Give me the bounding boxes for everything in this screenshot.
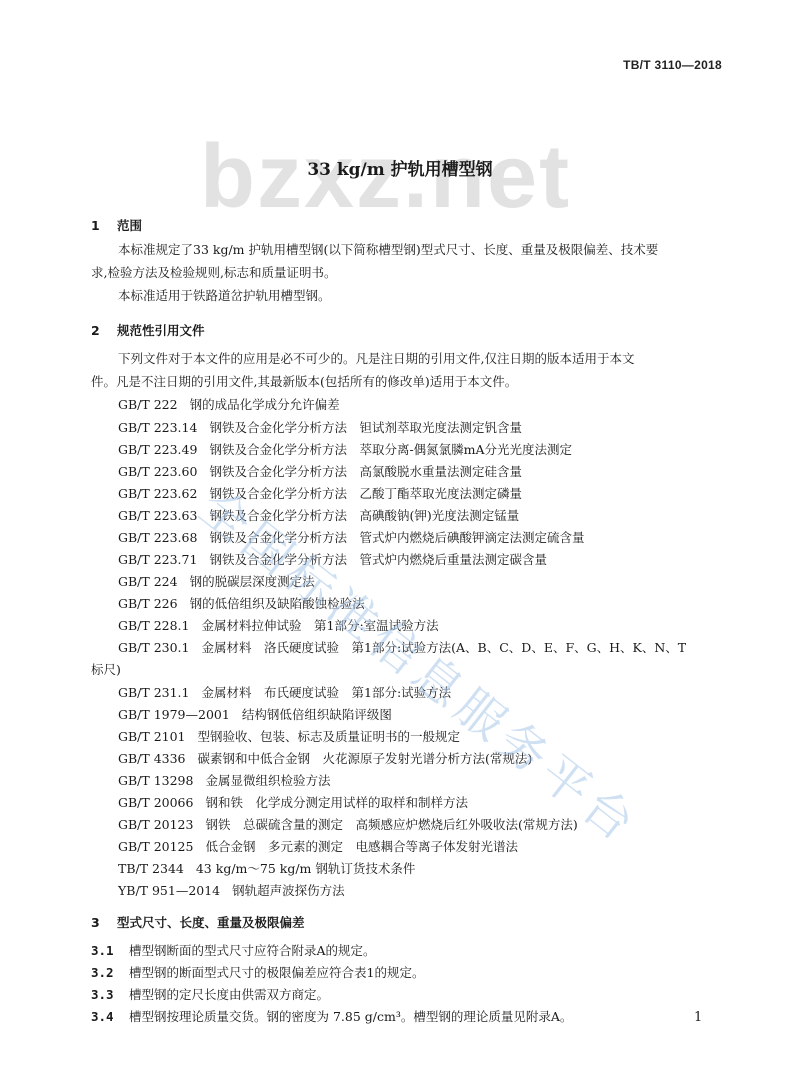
reference-code: GB/T 231.1 — [118, 685, 189, 700]
clause-text: 槽型钢的断面型式尺寸的极限偏差应符合表1的规定。 — [129, 965, 424, 980]
reference-title: 钢铁及合金化学分析方法 管式炉内燃烧后重量法测定碳含量 — [209, 552, 547, 567]
reference-item: GB/T 223.14钢铁及合金化学分析方法 钽试剂萃取光度法测定钒含量 — [118, 418, 522, 436]
clause-3-2: 3.2槽型钢的断面型式尺寸的极限偏差应符合表1的规定。 — [91, 963, 424, 981]
reference-code: GB/T 223.60 — [118, 464, 197, 479]
section-number: 3 — [91, 915, 117, 930]
reference-code: GB/T 228.1 — [118, 618, 189, 633]
reference-title: 钢铁及合金化学分析方法 管式炉内燃烧后碘酸钾滴定法测定硫含量 — [209, 530, 584, 545]
clause-text: 槽型钢按理论质量交货。钢的密度为 7.85 g/cm³。槽型钢的理论质量见附录A… — [129, 1009, 572, 1024]
reference-title: 钢的成品化学成分允许偏差 — [190, 397, 340, 412]
document-page: bzxz.net 全国标准信息服务平台 TB/T 3110—2018 33 kg… — [0, 0, 800, 1090]
clause-text: 槽型钢断面的型式尺寸应符合附录A的规定。 — [129, 943, 376, 958]
reference-title: 金属材料 洛氏硬度试验 第1部分:试验方法(A、B、C、D、E、F、G、H、K、… — [201, 640, 686, 655]
reference-title: 钢铁 总碳硫含量的测定 高频感应炉燃烧后红外吸收法(常规方法) — [205, 817, 577, 832]
section-number: 2 — [91, 323, 117, 338]
reference-code: GB/T 223.14 — [118, 420, 197, 435]
reference-item: GB/T 4336碳素钢和中低合金钢 火花源原子发射光谱分析方法(常规法) — [118, 749, 532, 767]
reference-title: 43 kg/m～75 kg/m 钢轨订货技术条件 — [196, 861, 416, 876]
reference-code: GB/T 230.1 — [118, 640, 189, 655]
reference-item: GB/T 2101型钢验收、包装、标志及质量证明书的一般规定 — [118, 727, 460, 745]
reference-title: 钢的低倍组织及缺陷酸蚀检验法 — [190, 596, 365, 611]
reference-code: GB/T 20123 — [118, 817, 193, 832]
reference-item: YB/T 951—2014钢轨超声波探伤方法 — [118, 881, 345, 899]
clause-number: 3.2 — [91, 965, 129, 980]
reference-code: GB/T 223.49 — [118, 442, 197, 457]
scope-paragraph-line-2: 求,检验方法及检验规则,标志和质量证明书。 — [91, 263, 336, 281]
scope-paragraph-line-1: 本标准规定了33 kg/m 护轨用槽型钢(以下简称槽型钢)型式尺寸、长度、重量及… — [118, 240, 658, 258]
reference-title: 钢铁及合金化学分析方法 钽试剂萃取光度法测定钒含量 — [209, 420, 522, 435]
reference-item: GB/T 231.1金属材料 布氏硬度试验 第1部分:试验方法 — [118, 683, 451, 701]
reference-title: 低合金钢 多元素的测定 电感耦合等离子体发射光谱法 — [205, 839, 518, 854]
clause-number: 3.4 — [91, 1009, 129, 1024]
reference-code: GB/T 223.62 — [118, 486, 197, 501]
section-title: 范围 — [117, 218, 142, 233]
reference-code: GB/T 20125 — [118, 839, 193, 854]
reference-item-continuation: 标尺) — [91, 660, 121, 678]
reference-code: YB/T 951—2014 — [118, 883, 220, 898]
reference-title: 金属材料 布氏硬度试验 第1部分:试验方法 — [201, 685, 451, 700]
clause-number: 3.1 — [91, 943, 129, 958]
references-intro-line-1: 下列文件对于本文件的应用是必不可少的。凡是注日期的引用文件,仅注日期的版本适用于… — [118, 349, 634, 367]
reference-code: GB/T 1979—2001 — [118, 707, 230, 722]
reference-title: 结构钢低倍组织缺陷评级图 — [242, 707, 392, 722]
reference-title: 钢和铁 化学成分测定用试样的取样和制样方法 — [205, 795, 468, 810]
reference-title: 钢铁及合金化学分析方法 高氯酸脱水重量法测定硅含量 — [209, 464, 522, 479]
section-3-heading: 3型式尺寸、长度、重量及极限偏差 — [91, 913, 305, 931]
clause-3-3: 3.3槽型钢的定尺长度由供需双方商定。 — [91, 985, 329, 1003]
reference-code: GB/T 13298 — [118, 773, 193, 788]
reference-title: 钢铁及合金化学分析方法 乙酸丁酯萃取光度法测定磷量 — [209, 486, 522, 501]
reference-code: GB/T 20066 — [118, 795, 193, 810]
reference-item: GB/T 223.71钢铁及合金化学分析方法 管式炉内燃烧后重量法测定碳含量 — [118, 550, 547, 568]
reference-code: GB/T 4336 — [118, 751, 186, 766]
reference-code: TB/T 2344 — [118, 861, 184, 876]
reference-item: GB/T 230.1金属材料 洛氏硬度试验 第1部分:试验方法(A、B、C、D、… — [118, 638, 686, 656]
reference-item: GB/T 223.68钢铁及合金化学分析方法 管式炉内燃烧后碘酸钾滴定法测定硫含… — [118, 528, 584, 546]
reference-code: GB/T 223.63 — [118, 508, 197, 523]
reference-title: 金属显微组织检验方法 — [205, 773, 330, 788]
reference-item: TB/T 234443 kg/m～75 kg/m 钢轨订货技术条件 — [118, 859, 415, 877]
page-number: 1 — [694, 1010, 702, 1025]
reference-code: GB/T 226 — [118, 596, 178, 611]
reference-item: GB/T 13298金属显微组织检验方法 — [118, 771, 330, 789]
reference-title: 金属材料拉伸试验 第1部分:室温试验方法 — [201, 618, 438, 633]
scope-paragraph-2: 本标准适用于铁路道岔护轨用槽型钢。 — [118, 286, 331, 304]
reference-item: GB/T 223.60钢铁及合金化学分析方法 高氯酸脱水重量法测定硅含量 — [118, 462, 522, 480]
clause-3-1: 3.1槽型钢断面的型式尺寸应符合附录A的规定。 — [91, 941, 376, 959]
reference-item: GB/T 20123钢铁 总碳硫含量的测定 高频感应炉燃烧后红外吸收法(常规方法… — [118, 815, 578, 833]
clause-text: 槽型钢的定尺长度由供需双方商定。 — [129, 987, 329, 1002]
reference-item: GB/T 226钢的低倍组织及缺陷酸蚀检验法 — [118, 594, 365, 612]
section-title: 规范性引用文件 — [117, 323, 205, 338]
reference-item: GB/T 224钢的脱碳层深度测定法 — [118, 572, 315, 590]
section-1-heading: 1范围 — [91, 216, 142, 234]
reference-code: GB/T 223.71 — [118, 552, 197, 567]
reference-item: GB/T 222钢的成品化学成分允许偏差 — [118, 395, 340, 413]
document-title: 33 kg/m 护轨用槽型钢 — [0, 155, 800, 180]
reference-item: GB/T 20066钢和铁 化学成分测定用试样的取样和制样方法 — [118, 793, 468, 811]
reference-title: 钢铁及合金化学分析方法 高碘酸钠(钾)光度法测定锰量 — [209, 508, 519, 523]
section-title: 型式尺寸、长度、重量及极限偏差 — [117, 915, 305, 930]
clause-number: 3.3 — [91, 987, 129, 1002]
references-intro-line-2: 件。凡是不注日期的引用文件,其最新版本(包括所有的修改单)适用于本文件。 — [91, 372, 517, 390]
reference-code: GB/T 224 — [118, 574, 178, 589]
reference-title: 型钢验收、包装、标志及质量证明书的一般规定 — [198, 729, 461, 744]
reference-title: 钢铁及合金化学分析方法 萃取分离-偶氮氯膦mA分光光度法测定 — [209, 442, 572, 457]
reference-item: GB/T 223.62钢铁及合金化学分析方法 乙酸丁酯萃取光度法测定磷量 — [118, 484, 522, 502]
reference-item: GB/T 20125低合金钢 多元素的测定 电感耦合等离子体发射光谱法 — [118, 837, 518, 855]
reference-title: 碳素钢和中低合金钢 火花源原子发射光谱分析方法(常规法) — [198, 751, 533, 766]
clause-3-4: 3.4槽型钢按理论质量交货。钢的密度为 7.85 g/cm³。槽型钢的理论质量见… — [91, 1007, 572, 1025]
reference-code: GB/T 223.68 — [118, 530, 197, 545]
reference-item: GB/T 223.63钢铁及合金化学分析方法 高碘酸钠(钾)光度法测定锰量 — [118, 506, 519, 524]
section-number: 1 — [91, 218, 117, 233]
reference-code: GB/T 2101 — [118, 729, 186, 744]
section-2-heading: 2规范性引用文件 — [91, 321, 205, 339]
reference-title: 钢轨超声波探伤方法 — [232, 883, 345, 898]
reference-item: GB/T 1979—2001结构钢低倍组织缺陷评级图 — [118, 705, 392, 723]
reference-item: GB/T 228.1金属材料拉伸试验 第1部分:室温试验方法 — [118, 616, 439, 634]
reference-code: GB/T 222 — [118, 397, 178, 412]
reference-title: 钢的脱碳层深度测定法 — [190, 574, 315, 589]
document-code: TB/T 3110—2018 — [623, 58, 722, 72]
reference-item: GB/T 223.49钢铁及合金化学分析方法 萃取分离-偶氮氯膦mA分光光度法测… — [118, 440, 572, 458]
